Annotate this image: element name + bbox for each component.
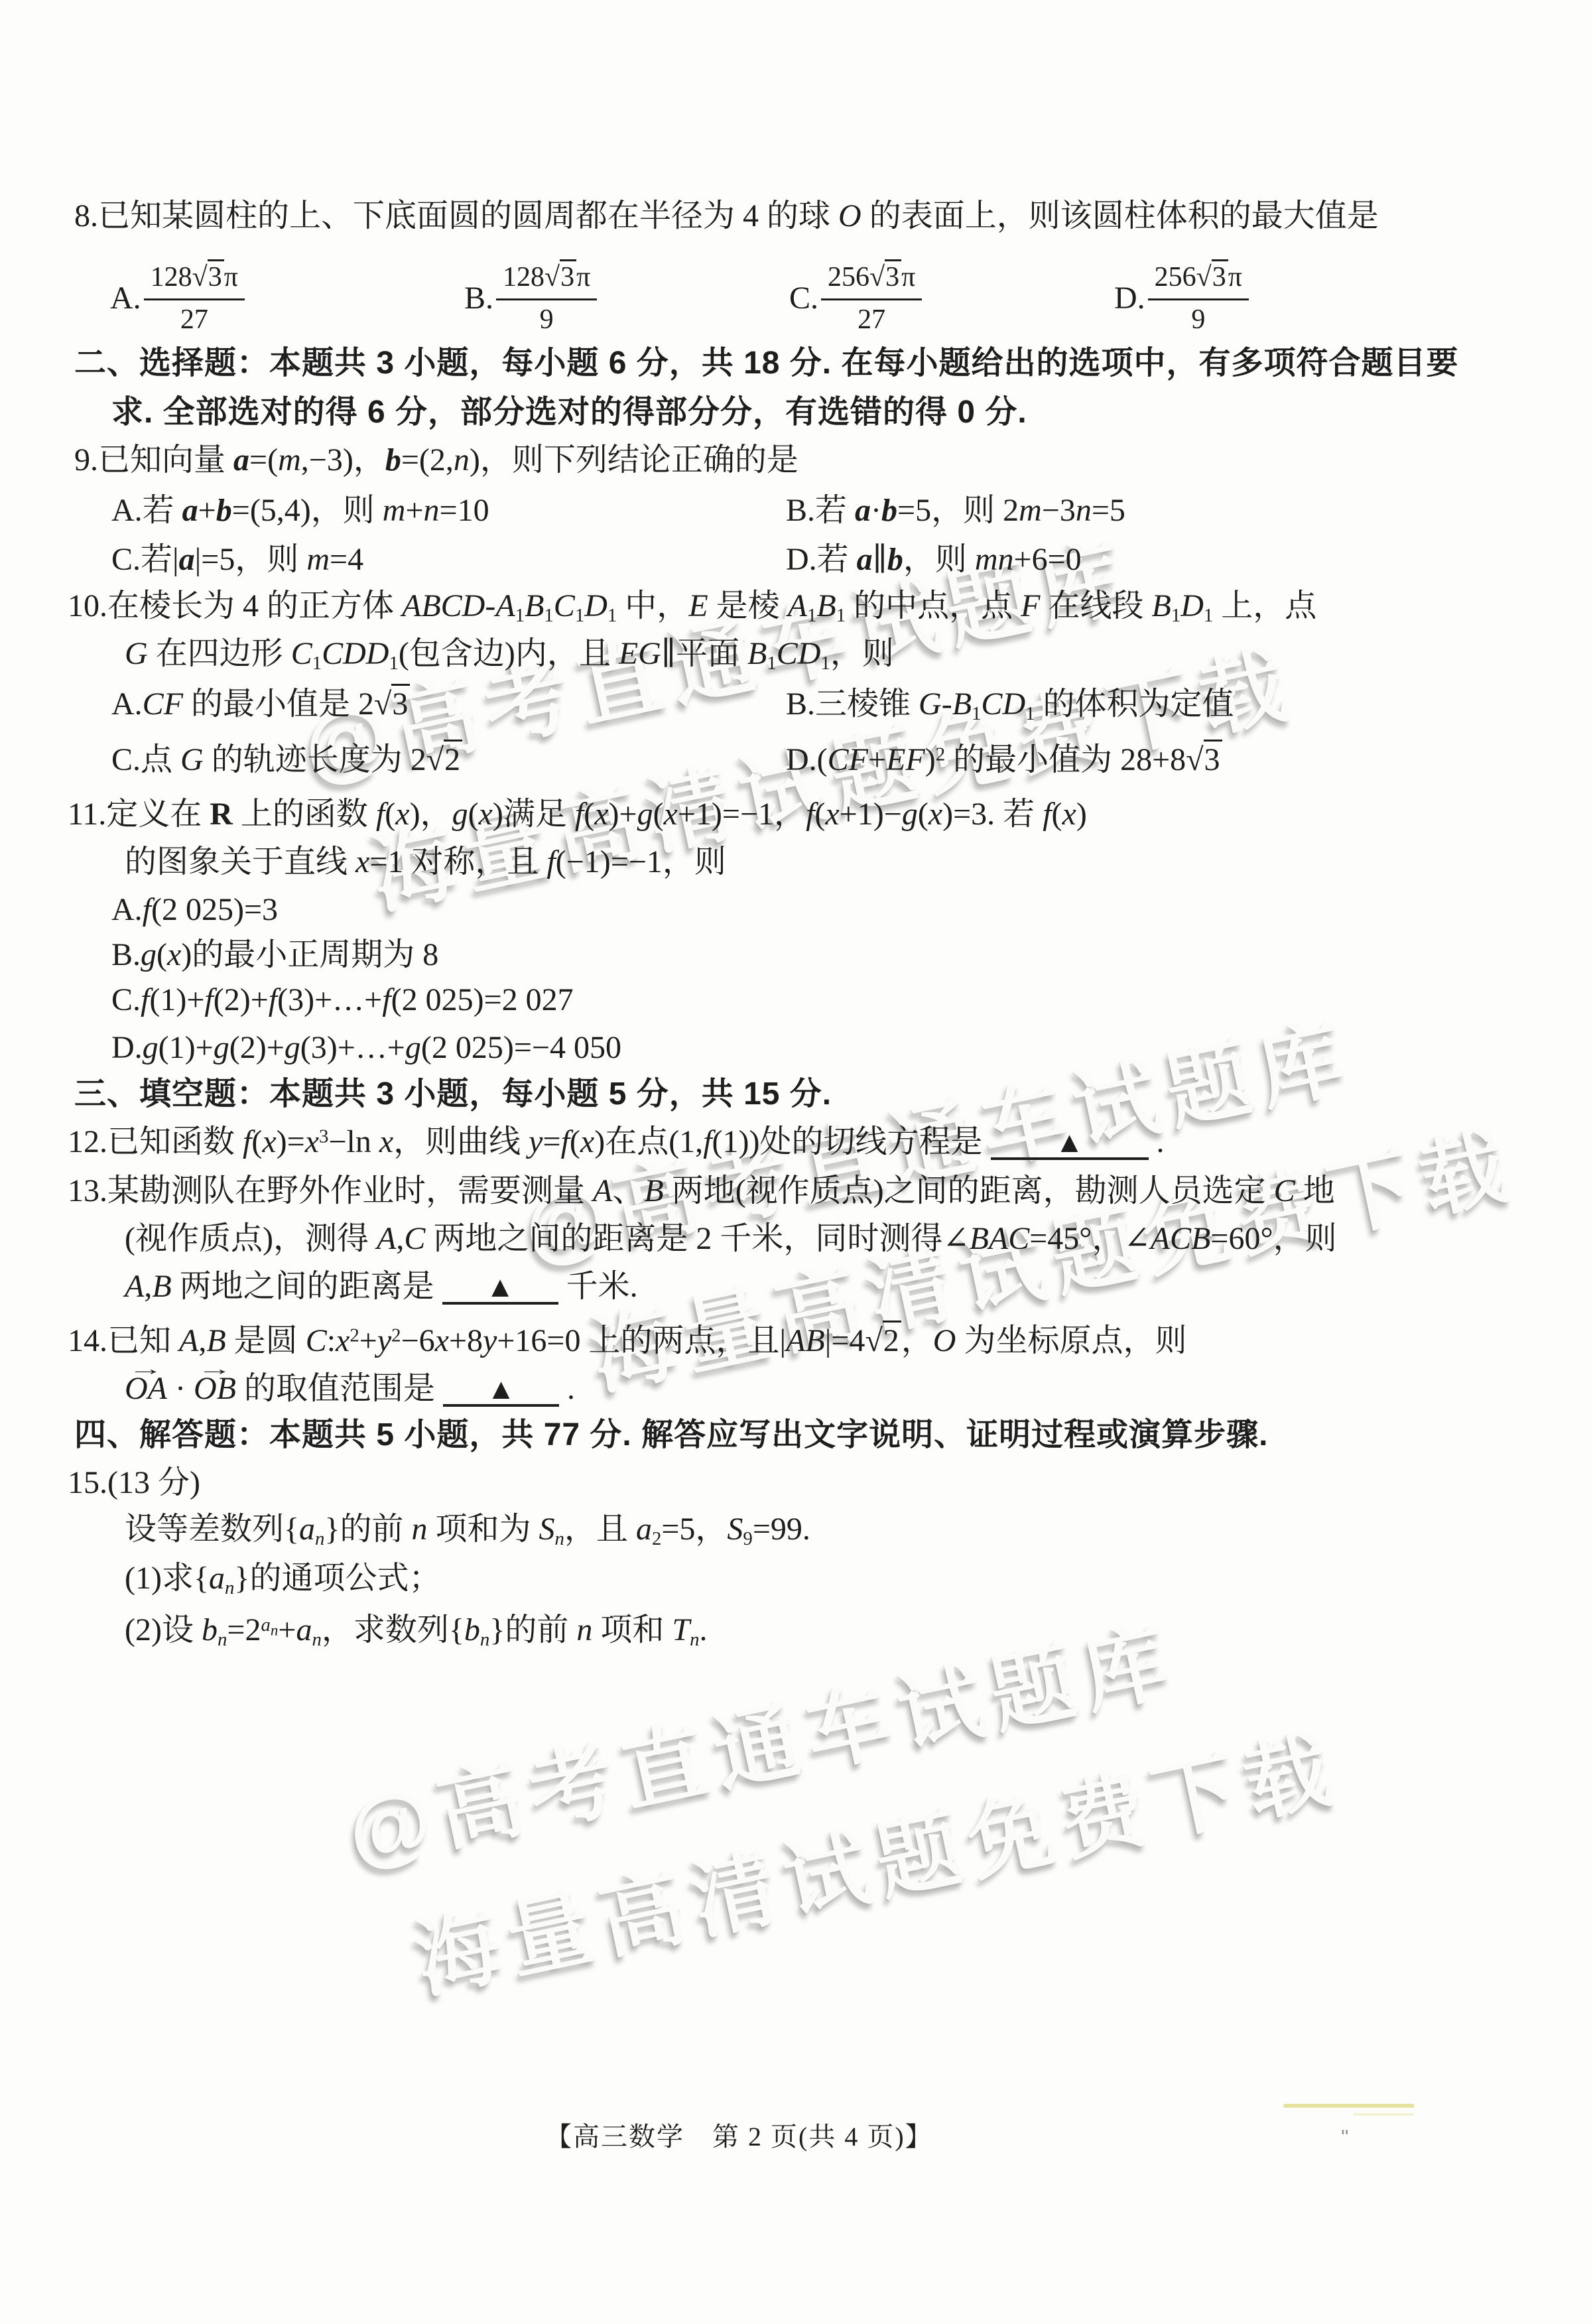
q10-option-d: D.(CF+EF)2 的最小值为 28+83	[786, 742, 1222, 778]
page-footer: 【高三数学 第 2 页(共 4 页)】	[545, 2116, 933, 2154]
q10-stem-line2: G 在四边形 C1CDD1(包含边)内，且 EG∥平面 B1CD1，则	[125, 635, 894, 675]
q8-option-b: B.1283π9	[464, 260, 600, 336]
q9-option-d: D.若 a∥b，则 mn+6=0	[786, 541, 1082, 578]
q11-stem-line2: 的图象关于直线 x=1 对称，且 f(−1)=−1，则	[125, 844, 726, 880]
q15-part1: (1)求{an}的通项公式；	[125, 1560, 440, 1599]
q13-stem-line2: (视作质点)，测得 A,C 两地之间的距离是 2 千米，同时测得∠BAC=45°…	[125, 1220, 1337, 1257]
q10-stem-line1: 10.在棱长为 4 的正方体 ABCD-A1B1C1D1 中，E 是棱 A1B1…	[68, 588, 1316, 627]
q8-stem: 8.已知某圆柱的上、下底面圆的圆周都在半径为 4 的球 O 的表面上，则该圆柱体…	[74, 198, 1379, 234]
q8-option-a: A.1283π27	[110, 260, 247, 336]
exam-page: @高考直通车试题库 海量高清试题免费下载 @高考直通车试题库 海量高清试题免费下…	[0, 0, 1593, 2324]
q11-stem-line1: 11.定义在 R 上的函数 f(x)，g(x)满足 f(x)+g(x+1)=−1…	[68, 796, 1087, 832]
q15-number: 15.(13 分)	[68, 1464, 200, 1501]
fraction: 2563π27	[821, 260, 922, 336]
q11-option-a: A.f(2 025)=3	[111, 891, 278, 928]
fraction: 1283π9	[496, 260, 597, 336]
q13-stem-line3: A,B 两地之间的距离是▲千米.	[125, 1268, 638, 1305]
answer-blank: ▲	[442, 1273, 558, 1305]
highlight-line-2	[1353, 2113, 1414, 2116]
q14-stem-line1: 14.已知 A,B 是圆 C:x2+y2−6x+8y+16=0 上的两点，且|A…	[68, 1323, 1186, 1359]
q10-option-a: A.CF 的最小值是 23	[111, 686, 410, 722]
q14-stem-line2: OA · OB 的取值范围是▲.	[125, 1370, 575, 1407]
q8-option-d: D.2563π9	[1114, 260, 1251, 336]
q9-option-b: B.若 a·b=5，则 2m−3n=5	[786, 492, 1125, 529]
q10-option-c: C.点 G 的轨迹长度为 22	[111, 742, 462, 778]
fraction: 2563π9	[1148, 260, 1249, 336]
answer-blank: ▲	[991, 1128, 1149, 1160]
fraction: 1283π27	[144, 260, 245, 336]
q15-intro: 设等差数列{an}的前 n 项和为 Sn，且 a2=5，S9=99.	[125, 1511, 810, 1550]
section3-header: 三、填空题：本题共 3 小题，每小题 5 分，共 15 分.	[74, 1076, 832, 1112]
scan-marks: ''	[1341, 2126, 1348, 2149]
q12-stem: 12.已知函数 f(x)=x3−ln x，则曲线 y=f(x)在点(1,f(1)…	[68, 1124, 1165, 1160]
section2-header-line2: 求. 全部选对的得 6 分，部分选对的得部分分，有选错的得 0 分.	[111, 394, 1027, 430]
q9-stem: 9.已知向量 a=(m,−3)，b=(2,n)，则下列结论正确的是	[74, 442, 798, 478]
q11-option-b: B.g(x)的最小正周期为 8	[111, 936, 438, 973]
vector-OA: OA	[125, 1370, 167, 1407]
q10-option-b: B.三棱锥 G-B1CD1 的体积为定值	[786, 686, 1234, 725]
q13-stem-line1: 13.某勘测队在野外作业时，需要测量 A、B 两地(视作质点)之间的距离，勘测人…	[68, 1173, 1335, 1209]
q15-part2: (2)设 bn=2an+an，求数列{bn}的前 n 项和 Tn.	[125, 1612, 708, 1651]
q9-option-a: A.若 a+b=(5,4)，则 m+n=10	[111, 492, 489, 529]
q8-option-c: C.2563π27	[789, 260, 924, 336]
section4-header: 四、解答题：本题共 5 小题，共 77 分. 解答应写出文字说明、证明过程或演算…	[74, 1417, 1268, 1453]
section2-header-line1: 二、选择题：本题共 3 小题，每小题 6 分，共 18 分. 在每小题给出的选项…	[74, 345, 1458, 381]
vector-OB: OB	[194, 1370, 236, 1407]
q9-option-c: C.若|a|=5，则 m=4	[111, 541, 363, 578]
q11-option-c: C.f(1)+f(2)+f(3)+…+f(2 025)=2 027	[111, 982, 574, 1018]
highlight-line	[1283, 2104, 1415, 2108]
q11-option-d: D.g(1)+g(2)+g(3)+…+g(2 025)=−4 050	[111, 1029, 621, 1066]
answer-blank: ▲	[443, 1375, 559, 1407]
